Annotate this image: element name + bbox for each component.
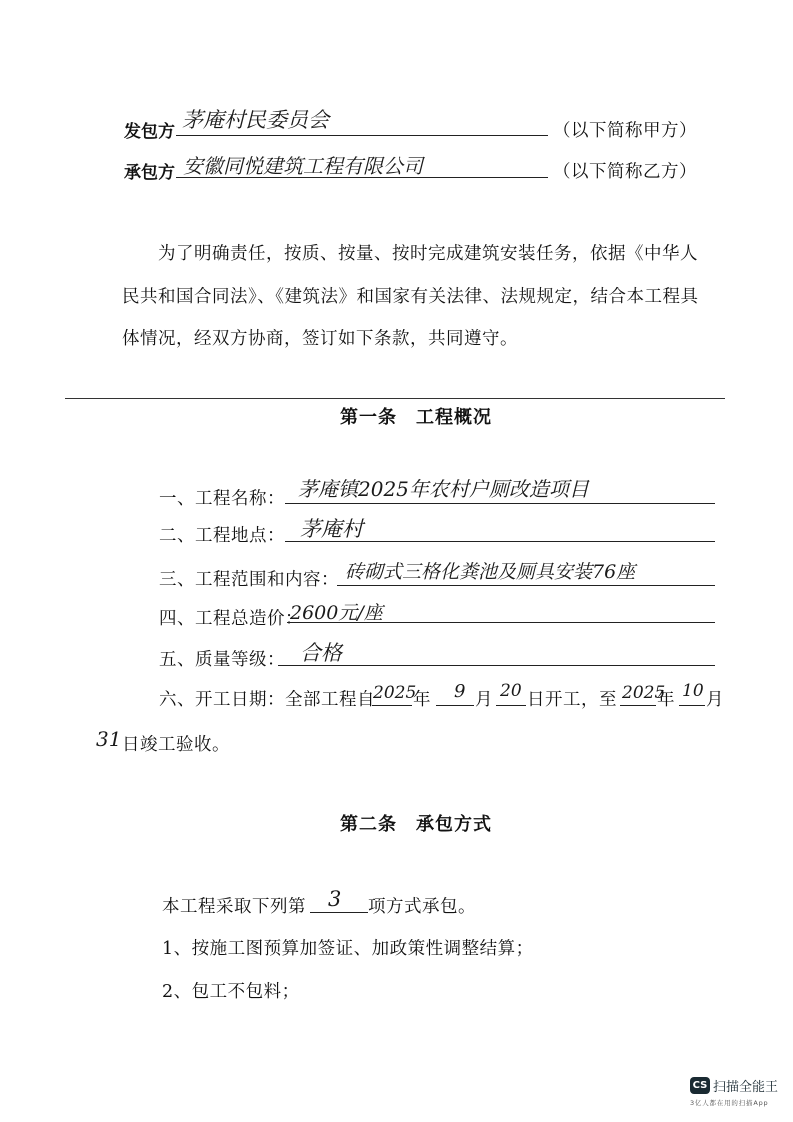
project-cost-value[interactable]: 2600元/座 [290, 598, 383, 625]
watermark-tagline: 3亿人都在用的扫描App [690, 1098, 778, 1107]
project-cost-label: 四、工程总造价： [159, 605, 303, 630]
quality-underline [278, 665, 715, 666]
contract-mode-suffix: 项方式承包。 [368, 893, 476, 918]
end-month-unit: 月 [706, 686, 724, 711]
contractor-value[interactable]: 安徽同悦建筑工程有限公司 [183, 150, 423, 179]
start-month-unit: 月 [475, 686, 493, 711]
project-location-label: 二、工程地点： [159, 522, 285, 547]
project-scope-label: 三、工程范围和内容： [159, 566, 339, 591]
contractor-suffix: （以下简称乙方） [553, 158, 697, 183]
end-year-underline [620, 705, 656, 706]
end-day-value[interactable]: 31 [96, 727, 121, 751]
contract-mode-underline [310, 912, 368, 913]
contractor-label: 承包方 [124, 158, 175, 183]
watermark-app-name: 扫描全能王 [713, 1080, 778, 1095]
schedule-end-text: 日竣工验收。 [122, 731, 230, 756]
employer-value[interactable]: 茅庵村民委员会 [182, 104, 329, 134]
start-day-value[interactable]: 20 [500, 681, 522, 701]
contract-mode-value[interactable]: 3 [328, 887, 341, 911]
project-name-label: 一、工程名称： [159, 485, 285, 510]
project-name-underline [285, 503, 715, 504]
preamble-line-2: 民共和国合同法》、《建筑法》和国家有关法律、法规规定，结合本工程具 [122, 283, 699, 308]
camscanner-logo-icon: CS [690, 1077, 710, 1094]
start-day-underline [496, 705, 526, 706]
end-month-value[interactable]: 10 [682, 681, 704, 701]
employer-underline [176, 135, 548, 136]
project-location-underline [285, 541, 715, 542]
article2-heading: 第二条 承包方式 [340, 810, 492, 836]
employer-label: 发包方 [124, 117, 175, 142]
start-month-underline [436, 705, 474, 706]
quality-label: 五、质量等级： [159, 646, 285, 671]
start-year-value[interactable]: 2025 [373, 683, 416, 703]
contract-option-2: 2、包工不包料； [162, 978, 300, 1003]
start-year-unit: 年 [413, 686, 431, 711]
schedule-mid-text: 日开工，至 [527, 686, 617, 711]
start-year-underline [372, 705, 412, 706]
section-divider [65, 398, 725, 399]
project-scope-underline [337, 585, 715, 586]
scanner-watermark: CS扫描全能王 3亿人都在用的扫描App [690, 1075, 778, 1107]
project-name-value[interactable]: 茅庵镇2025年农村户厕改造项目 [298, 473, 589, 502]
watermark-brand: CS扫描全能王 [690, 1075, 778, 1095]
end-month-underline [679, 705, 705, 706]
article1-heading: 第一条 工程概况 [340, 403, 492, 429]
project-scope-value[interactable]: 砖砌式三格化粪池及厕具安装76座 [345, 557, 635, 584]
preamble-line-1: 为了明确责任，按质、按量、按时完成建筑安装任务，依据《中华人 [158, 240, 698, 265]
employer-suffix: （以下简称甲方） [553, 117, 697, 142]
quality-value[interactable]: 合格 [300, 637, 342, 667]
schedule-prefix: 六、开工日期：全部工程自 [159, 686, 375, 711]
contract-option-1: 1、按施工图预算加签证、加政策性调整结算； [162, 935, 534, 960]
end-year-unit: 年 [657, 686, 675, 711]
project-cost-underline [287, 622, 715, 623]
project-location-value[interactable]: 茅庵村 [300, 513, 363, 543]
preamble-line-3: 体情况，经双方协商，签订如下条款，共同遵守。 [122, 325, 518, 350]
start-month-value[interactable]: 9 [454, 681, 465, 702]
contractor-underline [176, 177, 548, 178]
contract-mode-prefix: 本工程采取下列第 [162, 893, 306, 918]
